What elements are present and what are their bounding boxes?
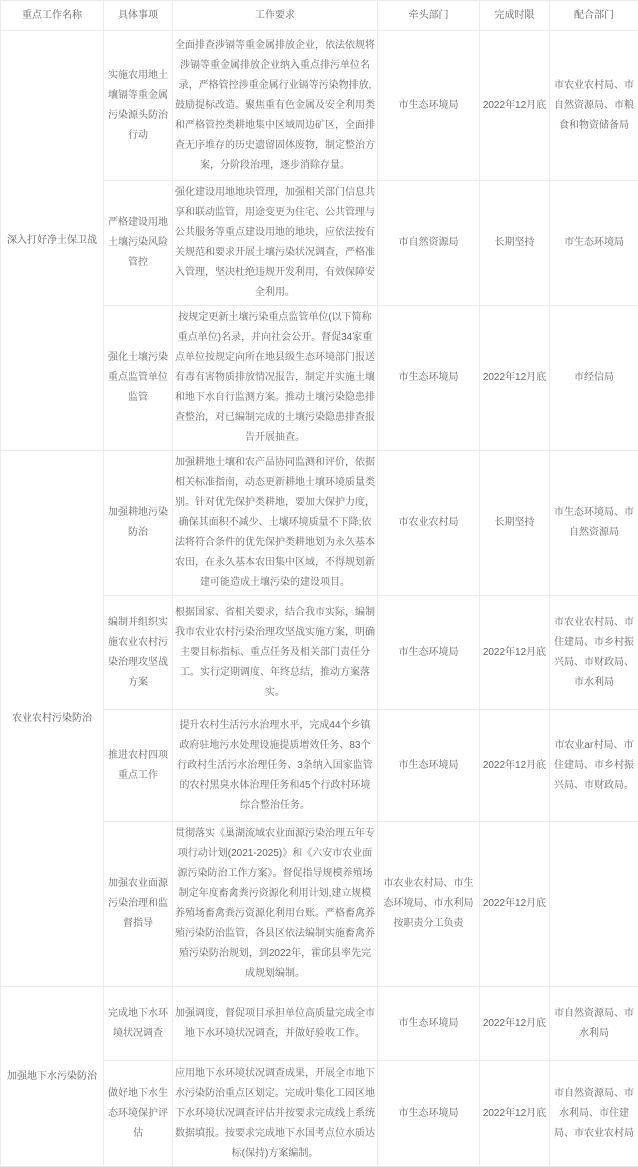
table-row: 农业农村污染防治 加强耕地污染防治 加强耕地土壤和农产品协同监测和评价，依据相关…: [1, 451, 638, 596]
lead-cell: 市生态环境局: [378, 987, 480, 1061]
requirement-cell: 加强耕地土壤和农产品协同监测和评价，依据相关标准指南，动态更新耕地土壤环境质量类…: [173, 451, 378, 596]
header-support-department: 配合部门: [550, 1, 638, 31]
section-name-cell: 深入打好净土保卫战: [1, 31, 104, 451]
lead-cell: 市生态环境局: [378, 710, 480, 822]
table-row: 深入打好净土保卫战 实施农用地土壤镉等重金属污染源头防治行动 全面排查涉镉等重金…: [1, 31, 638, 181]
requirement-cell: 强化建设用地地块管理，加强相关部门信息共享和联动监管，用途变更为住宅、公共管理与…: [173, 181, 378, 306]
header-lead-department: 牵头部门: [378, 1, 480, 31]
lead-cell: 市生态环境局: [378, 31, 480, 181]
lead-cell: 市农业农村局、市生态环境局、市水利局按职责分工负责: [378, 822, 480, 987]
support-cell: 市农业аг村局、市住建局、市乡村振兴局、市财政局。: [550, 710, 638, 822]
support-cell: 市经信局: [550, 306, 638, 451]
lead-cell: 市生态环境局: [378, 1061, 480, 1167]
requirement-cell: 应用地下水环境状况调查成果，开展全市地下水污染防治重点区划定。完成叶集化工园区地…: [173, 1061, 378, 1167]
work-plan-document: 重点工作名称 具体事项 工作要求 牵头部门 完成时限 配合部门 深入打好净土保卫…: [0, 0, 638, 1167]
requirement-cell: 加强调度，督促项目承担单位高质量完成全市地下水环境状况调查，并做好验收工作。: [173, 987, 378, 1061]
item-cell: 推进农村四项重点工作: [104, 710, 173, 822]
deadline-cell: 长期坚持: [480, 181, 550, 306]
requirement-cell: 全面排查涉镉等重金属排放企业，依法依规将涉镉等重金属排放企业纳入重点排污单位名录…: [173, 31, 378, 181]
support-cell: 市自然资源局、市水利局: [550, 987, 638, 1061]
deadline-cell: 2022年12月底: [480, 31, 550, 181]
item-cell: 编制并组织实施农业农村污染治理攻坚战方案: [104, 596, 173, 710]
item-cell: 做好地下水生态环境保护评估: [104, 1061, 173, 1167]
deadline-cell: 2022年12月底: [480, 1061, 550, 1167]
table-row: 加强地下水污染防治 完成地下水环境状况调查 加强调度，督促项目承担单位高质量完成…: [1, 987, 638, 1061]
requirement-cell: 提升农村生活污水治理水平，完成44个乡镇政府驻地污水处理设施提质增效任务、83个…: [173, 710, 378, 822]
deadline-cell: 2022年12月底: [480, 306, 550, 451]
lead-cell: 市农业农村局: [378, 451, 480, 596]
work-plan-table: 重点工作名称 具体事项 工作要求 牵头部门 完成时限 配合部门 深入打好净土保卫…: [0, 0, 638, 1167]
header-row: 重点工作名称 具体事项 工作要求 牵头部门 完成时限 配合部门: [1, 1, 638, 31]
section-name-cell: 农业农村污染防治: [1, 451, 104, 987]
header-deadline: 完成时限: [480, 1, 550, 31]
deadline-cell: 2022年12月底: [480, 596, 550, 710]
requirement-cell: 按规定更新土壤污染重点监管单位(以下简称重点单位)名录，并向社会公开。督促34家…: [173, 306, 378, 451]
deadline-cell: 2022年12月底: [480, 710, 550, 822]
item-cell: 完成地下水环境状况调查: [104, 987, 173, 1061]
section-name-cell: 加强地下水污染防治: [1, 987, 104, 1167]
support-cell: [550, 822, 638, 987]
support-cell: 市自然资源局、市水利局、市住建局、市农业农村局: [550, 1061, 638, 1167]
lead-cell: 市生态环境局: [378, 596, 480, 710]
item-cell: 实施农用地土壤镉等重金属污染源头防治行动: [104, 31, 173, 181]
support-cell: 市农业农村局、市自然资源局、市粮食和物资储备局: [550, 31, 638, 181]
support-cell: 市农业农村局、市住建局、市乡村振兴局、市财政局、市水利局: [550, 596, 638, 710]
requirement-cell: 根据国家、省相关要求，结合我市实际，编制我市农业农村污染治理攻坚战实施方案，明确…: [173, 596, 378, 710]
deadline-cell: 2022年12月底: [480, 822, 550, 987]
header-key-work-name: 重点工作名称: [1, 1, 104, 31]
lead-cell: 市生态环境局: [378, 306, 480, 451]
support-cell: 市生态环境局、市自然资源局: [550, 451, 638, 596]
deadline-cell: 2022年12月底: [480, 987, 550, 1061]
header-specific-item: 具体事项: [104, 1, 173, 31]
item-cell: 加强农业面源污染治理和监督指导: [104, 822, 173, 987]
header-work-requirement: 工作要求: [173, 1, 378, 31]
item-cell: 严格建设用地土壤污染风险管控: [104, 181, 173, 306]
support-cell: 市生态环境局: [550, 181, 638, 306]
deadline-cell: 长期坚持: [480, 451, 550, 596]
lead-cell: 市自然资源局: [378, 181, 480, 306]
requirement-cell: 贯彻落实《巢湖流域农业面源污染治理五年专项行动计划(2021-2025)》和《六…: [173, 822, 378, 987]
item-cell: 强化土壤污染重点监管单位监管: [104, 306, 173, 451]
item-cell: 加强耕地污染防治: [104, 451, 173, 596]
